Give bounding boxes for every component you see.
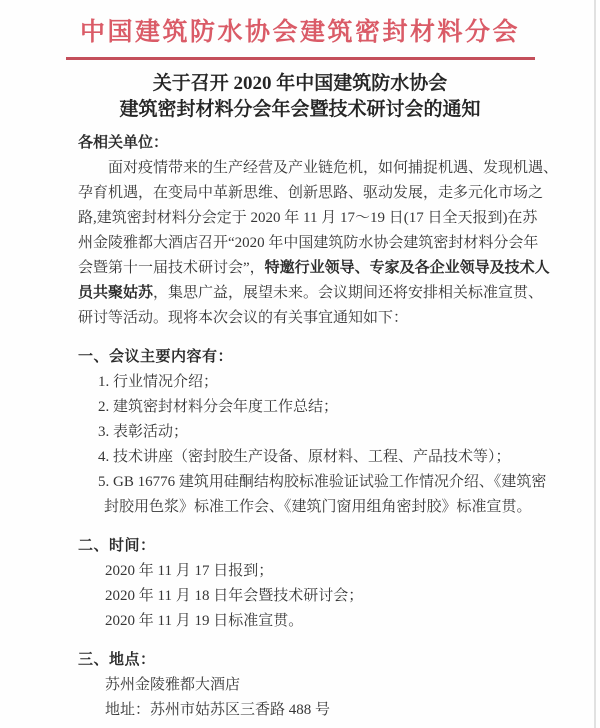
schedule-line: 2020 年 11 月 17 日报到； (105, 559, 534, 584)
body-text: 苏州金陵雅都大酒店 (105, 677, 240, 693)
body-text: 2020 年 11 月 19 日标准宣贯。 (105, 613, 303, 629)
organization-header: 中国建筑防水协会建筑密封材料分会 (30, 17, 570, 48)
list-item: 4. 技术讲座（密封胶生产设备、原材料、工程、产品技术等）； (98, 445, 534, 470)
list-item-continuation: 封胶用色浆》标准工作会、《建筑门窗用组角密封胶》标准宣贯。 (104, 495, 534, 520)
body-text: 孕育机遇，在变局中革新思维、创新思路、驱动发展，走多元化市场之 (78, 185, 543, 201)
emphasized-text: 一、会议主要内容有： (78, 349, 233, 365)
paragraph-line: 研讨等活动。现将本次会议的有关事宜通知如下： (78, 306, 534, 331)
body-text: 2. 建筑密封材料分会年度工作总结； (98, 399, 338, 415)
body-text: 研讨等活动。现将本次会议的有关事宜通知如下： (78, 310, 408, 326)
paragraph-line: 员共聚姑苏，集思广益，展望未来。会议期间还将安排相关标准宣贯、 (78, 281, 534, 306)
body-text: 2020 年 11 月 17 日报到； (105, 563, 273, 579)
scan-edge-artifact (594, 0, 596, 728)
paragraph-line: 面对疫情带来的生产经营及产业链危机，如何捕捉机遇、发现机遇、 (78, 156, 534, 181)
paragraph-line: 路,建筑密封材料分会定于 2020 年 11 月 17～19 日(17 日全天报… (78, 206, 534, 231)
emphasized-text: 二、时间： (78, 538, 156, 554)
section-heading-agenda: 一、会议主要内容有： (78, 345, 534, 370)
section-heading-location: 三、地点： (78, 648, 534, 673)
body-text: 5. GB 16776 建筑用硅酮结构胶标准验证试验工作情况介绍、《建筑密 (98, 474, 546, 490)
list-item: 1. 行业情况介绍； (98, 370, 534, 395)
body-text: 面对疫情带来的生产经营及产业链危机，如何捕捉机遇、发现机遇、 (108, 160, 558, 176)
venue-line: 苏州金陵雅都大酒店 (105, 673, 534, 698)
body-text: 州金陵雅都大酒店召开“2020 年中国建筑防水协会建筑密封材料分会年 (78, 235, 538, 251)
document-title: 关于召开 2020 年中国建筑防水协会 建筑密封材料分会年会暨技术研讨会的通知 (0, 71, 600, 123)
schedule-line: 2020 年 11 月 18 日年会暨技术研讨会； (105, 584, 534, 609)
body-text: 会暨第十一届技术研讨会”， (78, 260, 265, 276)
document-title-line-1: 关于召开 2020 年中国建筑防水协会 (0, 71, 600, 97)
emphasized-text: 各相关单位： (78, 135, 168, 151)
emphasized-text: 员共聚姑苏 (78, 285, 153, 301)
address-line: 地址：苏州市姑苏区三香路 488 号 (105, 698, 534, 723)
body-text: 封胶用色浆》标准工作会、《建筑门窗用组角密封胶》标准宣贯。 (104, 499, 532, 515)
body-text: 4. 技术讲座（密封胶生产设备、原材料、工程、产品技术等）； (98, 449, 511, 465)
body-text: 1. 行业情况介绍； (98, 374, 218, 390)
body-text: 路,建筑密封材料分会定于 2020 年 11 月 17～19 日(17 日全天报… (78, 210, 537, 226)
schedule-line: 2020 年 11 月 19 日标准宣贯。 (105, 609, 534, 634)
section-heading-time: 二、时间： (78, 534, 534, 559)
list-item: 2. 建筑密封材料分会年度工作总结； (98, 395, 534, 420)
salutation: 各相关单位： (78, 131, 534, 156)
document-body: 各相关单位：面对疫情带来的生产经营及产业链危机，如何捕捉机遇、发现机遇、孕育机遇… (78, 131, 534, 723)
header-divider-rule (66, 57, 535, 60)
document-title-line-2: 建筑密封材料分会年会暨技术研讨会的通知 (0, 97, 600, 123)
paragraph-line: 州金陵雅都大酒店召开“2020 年中国建筑防水协会建筑密封材料分会年 (78, 231, 534, 256)
body-text: ，集思广益，展望未来。会议期间还将安排相关标准宣贯、 (153, 285, 543, 301)
body-text: 2020 年 11 月 18 日年会暨技术研讨会； (105, 588, 363, 604)
emphasized-text: 三、地点： (78, 652, 156, 668)
list-item: 5. GB 16776 建筑用硅酮结构胶标准验证试验工作情况介绍、《建筑密 (98, 470, 534, 495)
list-item: 3. 表彰活动； (98, 420, 534, 445)
body-text: 3. 表彰活动； (98, 424, 188, 440)
paragraph-line: 会暨第十一届技术研讨会”，特邀行业领导、专家及各企业领导及技术人 (78, 256, 534, 281)
emphasized-text: 特邀行业领导、专家及各企业领导及技术人 (265, 260, 550, 276)
paragraph-line: 孕育机遇，在变局中革新思维、创新思路、驱动发展，走多元化市场之 (78, 181, 534, 206)
body-text: 地址：苏州市姑苏区三香路 488 号 (105, 702, 330, 718)
notice-document-page: 中国建筑防水协会建筑密封材料分会 关于召开 2020 年中国建筑防水协会 建筑密… (0, 0, 600, 728)
